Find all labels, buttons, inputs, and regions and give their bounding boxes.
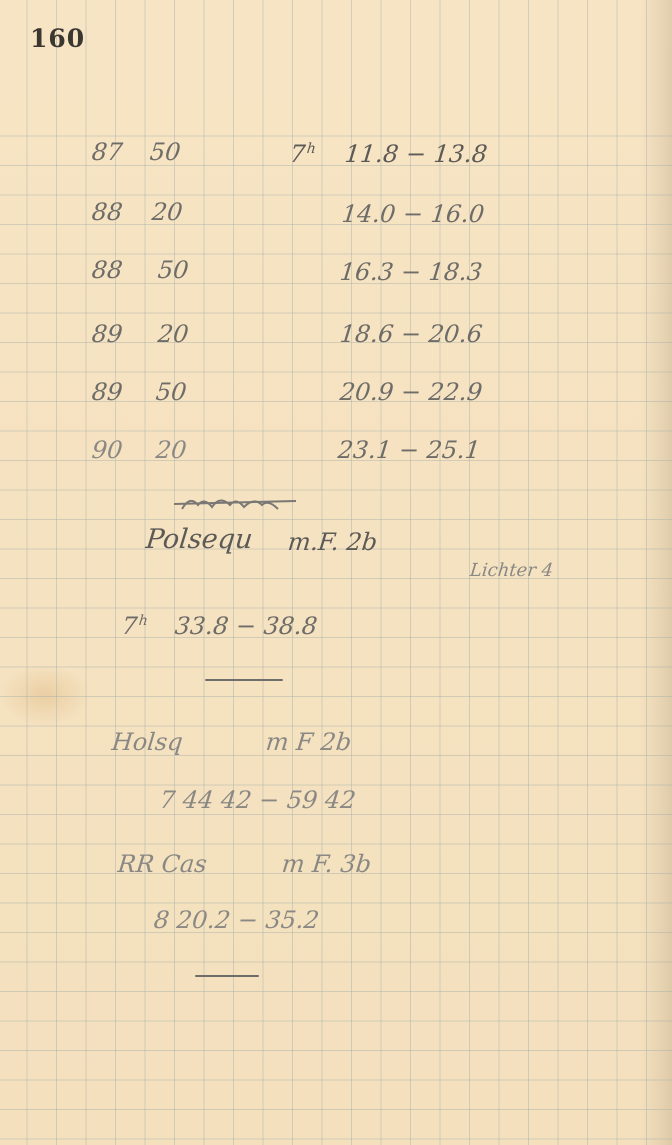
- row-col2: 20: [151, 198, 184, 226]
- row-col2: 20: [155, 436, 188, 464]
- row-range: 14.0 − 16.0: [341, 200, 486, 228]
- row-col1: 89: [91, 378, 124, 406]
- entry-title: Polsequ: [144, 524, 254, 555]
- hour-label: 7h: [289, 140, 317, 168]
- row-col2: 50: [157, 256, 190, 284]
- row-range: 23.1 − 25.1: [337, 436, 482, 464]
- entry-hour: 7h: [121, 612, 149, 640]
- row-col1: 89: [91, 320, 124, 348]
- page-number: 160: [30, 24, 85, 53]
- row-col1: 87: [91, 138, 124, 166]
- entry-time: 8 20.2 − 35.2: [153, 906, 321, 934]
- entry-note: Lichter 4: [469, 560, 554, 581]
- row-col1: 88: [91, 198, 124, 226]
- entry-filter: m F 2b: [265, 728, 353, 756]
- struck-out-word: [174, 493, 296, 513]
- entry-range: 33.8 − 38.8: [174, 612, 319, 640]
- row-col2: 50: [155, 378, 188, 406]
- entry-filter: m F. 3b: [281, 850, 373, 878]
- notebook-page: 160 87 50 7h 11.8 − 13.8 88 20 14.0 − 16…: [0, 0, 672, 1145]
- separator-rule: [205, 679, 283, 681]
- row-range: 11.8 − 13.8: [344, 140, 489, 168]
- entry-title: RR Cas: [117, 850, 209, 878]
- row-col1: 90: [91, 436, 124, 464]
- entry-time: 7 44 42 − 59 42: [159, 786, 358, 814]
- entry-title: Holsq: [111, 728, 185, 756]
- row-range: 20.9 − 22.9: [339, 378, 484, 406]
- row-col1: 88: [91, 256, 124, 284]
- entry-filter: m.F. 2b: [287, 528, 379, 556]
- row-range: 16.3 − 18.3: [339, 258, 484, 286]
- row-col2: 50: [149, 138, 182, 166]
- row-col2: 20: [157, 320, 190, 348]
- row-range: 18.6 − 20.6: [339, 320, 484, 348]
- separator-rule: [195, 975, 259, 977]
